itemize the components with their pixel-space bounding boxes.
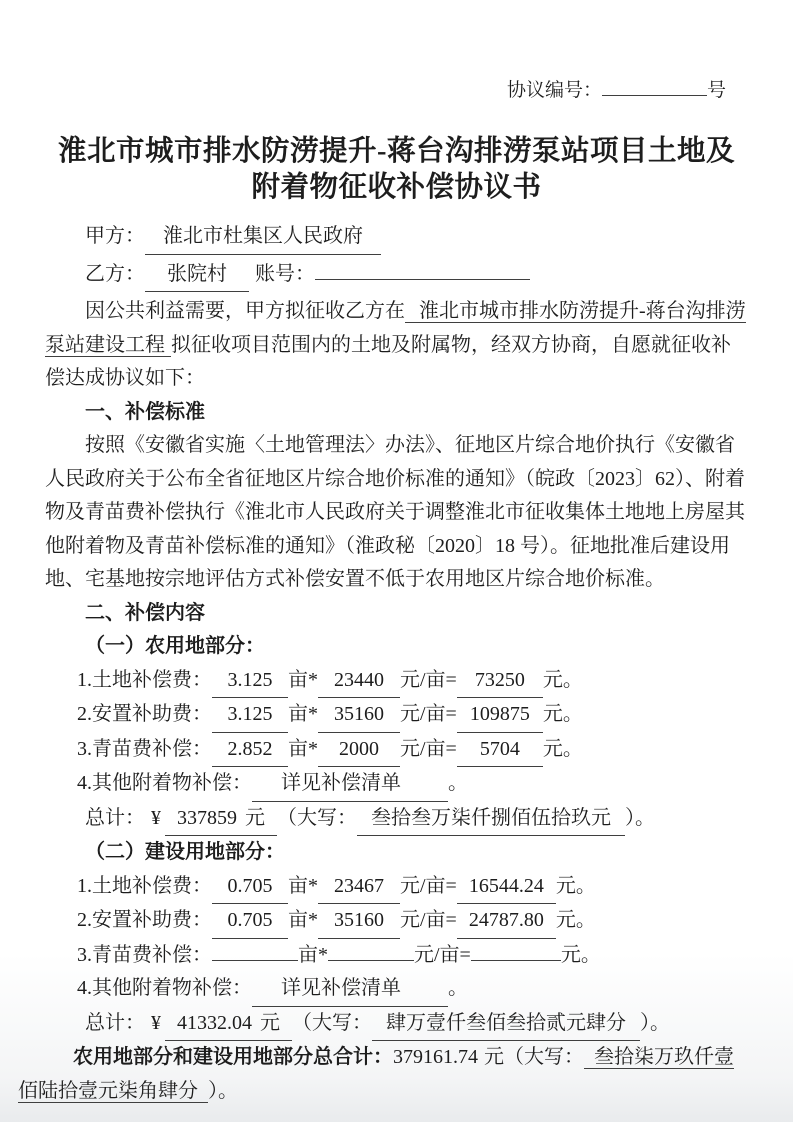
total-amount: 41332.04: [177, 1012, 252, 1034]
currency-symbol: ¥: [151, 1012, 161, 1034]
grand-total-amount: 379161.74: [393, 1046, 478, 1068]
item-area-underline: 3.125: [212, 698, 288, 733]
agreement-document-page: 协议编号：号 淮北市城市排水防涝提升-蒋台沟排涝泵站项目土地及附着物征收补偿协议…: [0, 0, 793, 1122]
item-amount-underline: 5704: [457, 733, 543, 768]
section1-body: 按照《安徽省实施〈土地管理法〉办法》、征地区片综合地价执行《安徽省人民政府关于公…: [45, 429, 748, 597]
capital-amount-underline: 叁拾叁万柒仟捌佰伍拾玖元: [357, 802, 625, 837]
item-amount-underline: 109875: [457, 698, 543, 733]
grand-total-paragraph: 农用地部分和建设用地部分总合计：379161.74元（大写：叁拾柒万玖仟壹佰陆拾…: [18, 1041, 748, 1108]
capital-label: （大写：: [277, 807, 357, 829]
item-unit-yuan-per-mu: 元/亩=: [400, 669, 457, 691]
item-unit-yuan-per-mu: 元/亩=: [400, 703, 457, 725]
party-b-label: 乙方：: [85, 263, 145, 285]
agreement-number-blank: [602, 76, 707, 96]
farmland-item-2: 2.安置补助费：3.125亩*35160元/亩=109875元。: [77, 698, 748, 733]
construction-heading: （二）建设用地部分：: [85, 836, 748, 870]
item-area-underline: 3.125: [212, 664, 288, 699]
item-area-underline: 0.705: [212, 870, 288, 905]
item-unit-yuan: 元。: [556, 909, 596, 931]
section1-heading: 一、补偿标准: [85, 396, 748, 430]
capital-amount-underline: 肆万壹仟叁佰叁拾贰元肆分: [372, 1007, 640, 1042]
item-amount-underline: 24787.80: [457, 904, 556, 939]
construction-item-4: 4.其他附着物补偿：详见补偿清单。: [77, 972, 748, 1007]
farmland-item-1: 1.土地补偿费：3.125亩*23440元/亩=73250元。: [77, 664, 748, 699]
total-amount-underline: 337859元: [165, 802, 277, 837]
intro-pre: 因公共利益需要，甲方拟征收乙方在: [85, 300, 405, 322]
total-unit: 元: [245, 807, 265, 829]
item-unit-mu: 亩*: [288, 875, 318, 897]
item-note-underline: 详见补偿清单: [252, 972, 448, 1007]
item-amount-underline: 73250: [457, 664, 543, 699]
item-note-underline: 详见补偿清单: [252, 767, 448, 802]
item-amount-underline: 16544.24: [457, 870, 556, 905]
item-amount-underline: [471, 960, 561, 961]
item-unit-mu: 亩*: [288, 703, 318, 725]
item-unit-mu: 亩*: [288, 738, 318, 760]
intro-paragraph: 因公共利益需要，甲方拟征收乙方在淮北市城市排水防涝提升-蒋台沟排涝泵站建设工程拟…: [45, 295, 748, 396]
farmland-total-line: 总计：¥337859元（大写：叁拾叁万柒仟捌佰伍拾玖元）。: [85, 802, 748, 837]
item-unit-yuan: 元。: [543, 703, 583, 725]
capital-suffix: ）。: [640, 1012, 670, 1034]
party-a-label: 甲方：: [85, 225, 145, 247]
currency-symbol: ¥: [151, 807, 161, 829]
total-amount-underline: 41332.04元: [165, 1007, 292, 1042]
item-area-underline: [212, 960, 298, 961]
item-price-underline: 23440: [318, 664, 400, 699]
grand-total-unit-capital-label: 元（大写：: [484, 1046, 584, 1068]
party-b-line: 乙方：张院村账号：: [85, 258, 748, 293]
farmland-heading: （一）农用地部分：: [85, 630, 748, 664]
grand-total-label: 农用地部分和建设用地部分总合计：: [73, 1046, 393, 1068]
party-a-line: 甲方：淮北市杜集区人民政府: [85, 220, 748, 255]
item-price-underline: 35160: [318, 698, 400, 733]
construction-item-2: 2.安置补助费：0.705亩*35160元/亩=24787.80元。: [77, 904, 748, 939]
document-title: 淮北市城市排水防涝提升-蒋台沟排涝泵站项目土地及附着物征收补偿协议书: [45, 134, 748, 206]
item-unit-yuan-per-mu: 元/亩=: [400, 738, 457, 760]
item-unit-yuan: 元。: [561, 944, 601, 966]
item-label: 2.安置补助费：: [77, 703, 212, 725]
item-area-underline: 2.852: [212, 733, 288, 768]
item-label: 1.土地补偿费：: [77, 875, 212, 897]
item-label: 4.其他附着物补偿：: [77, 977, 252, 999]
item-unit-yuan-per-mu: 元/亩=: [400, 875, 457, 897]
item-unit-yuan-per-mu: 元/亩=: [400, 909, 457, 931]
capital-suffix: ）。: [625, 807, 655, 829]
construction-item-3: 3.青苗费补偿：亩*元/亩=元。: [77, 939, 748, 973]
item-area-underline: 0.705: [212, 904, 288, 939]
total-label: 总计：: [85, 807, 145, 829]
item-label: 1.土地补偿费：: [77, 669, 212, 691]
item-unit-mu: 亩*: [298, 944, 328, 966]
farmland-item-3: 3.青苗费补偿：2.852亩*2000元/亩=5704元。: [77, 733, 748, 768]
account-blank: [315, 259, 530, 280]
item-price-underline: [328, 960, 414, 961]
grand-total-suffix: ）。: [208, 1080, 238, 1102]
item-suffix: 。: [448, 977, 468, 999]
agreement-number-suffix: 号: [707, 80, 726, 101]
item-unit-mu: 亩*: [288, 909, 318, 931]
item-price-underline: 2000: [318, 733, 400, 768]
item-unit-yuan: 元。: [543, 738, 583, 760]
construction-total-line: 总计：¥41332.04元（大写：肆万壹仟叁佰叁拾贰元肆分）。: [85, 1007, 748, 1042]
total-label: 总计：: [85, 1012, 145, 1034]
item-unit-yuan: 元。: [543, 669, 583, 691]
total-unit: 元: [260, 1012, 280, 1034]
item-label: 3.青苗费补偿：: [77, 944, 212, 966]
item-price-underline: 23467: [318, 870, 400, 905]
farmland-item-4: 4.其他附着物补偿：详见补偿清单。: [77, 767, 748, 802]
item-unit-yuan: 元。: [556, 875, 596, 897]
account-label: 账号：: [255, 263, 315, 285]
item-price-underline: 35160: [318, 904, 400, 939]
item-unit-mu: 亩*: [288, 669, 318, 691]
item-suffix: 。: [448, 772, 468, 794]
agreement-number-label: 协议编号：: [507, 80, 602, 101]
item-label: 4.其他附着物补偿：: [77, 772, 252, 794]
agreement-number-line: 协议编号：号: [45, 76, 748, 104]
item-label: 2.安置补助费：: [77, 909, 212, 931]
section2-heading: 二、补偿内容: [85, 597, 748, 631]
construction-item-1: 1.土地补偿费：0.705亩*23467元/亩=16544.24元。: [77, 870, 748, 905]
party-b-value-underline: 张院村: [145, 258, 249, 293]
capital-label: （大写：: [292, 1012, 372, 1034]
item-label: 3.青苗费补偿：: [77, 738, 212, 760]
item-unit-yuan-per-mu: 元/亩=: [414, 944, 471, 966]
total-amount: 337859: [177, 807, 237, 829]
party-a-value-underline: 淮北市杜集区人民政府: [145, 220, 381, 255]
